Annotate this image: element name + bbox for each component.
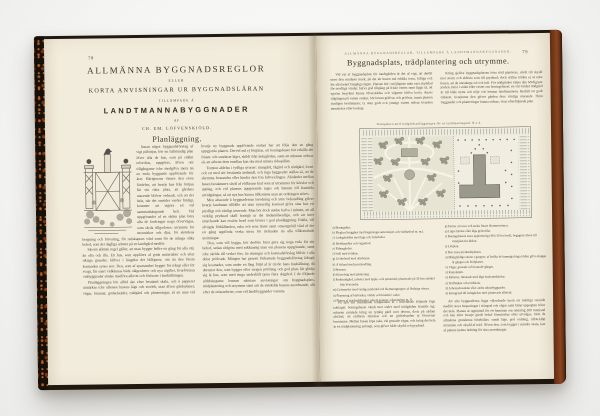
chapter-title-block: ALLMÄNNA BYGGNADSREGLOR ELLER KORTA ANVI…: [44, 63, 309, 145]
plan-legend: a) Boningshus. b) Flyglar (brygghus med …: [332, 223, 549, 304]
legend-item: r) Boningshusets stora uppfartsväg (48 à…: [445, 233, 549, 244]
page-number-right: 79: [522, 49, 528, 54]
left-page-body-columns: Innan något byggnadsföretag af vigt påbö…: [81, 143, 315, 348]
book-subtitle: KORTA ANVISNINGAR UR BYGGNADSLÄRAN: [44, 85, 308, 95]
legend-item: u) Mångfaldiga växter i grupper, af hvil…: [445, 254, 549, 265]
bottom-columns: På den här meddelade tomtplanen är i huf…: [333, 298, 546, 353]
paragraph: Vid val af byggnadsplats för landtgården…: [330, 71, 432, 111]
book: 78 ALLMÄNNA BYGGNADSREGLOR ELLER KORTA A…: [34, 30, 566, 390]
legend-column-right: p) Partier af rosor och andra finare blo…: [445, 223, 549, 302]
paragraph: På den här meddelade tomtplanen är i huf…: [333, 299, 435, 329]
intro-columns: Vid val af byggnadsplats för landtgården…: [330, 70, 543, 122]
left-page: 78 ALLMÄNNA BYGGNADSREGLOR ELLER KORTA A…: [44, 36, 320, 385]
title-af: AF: [45, 117, 309, 124]
title-subline-tillampade: TILLÄMPADE Å: [45, 96, 309, 103]
photo-background: 78 ALLMÄNNA BYGGNADSREGLOR ELLER KORTA A…: [0, 0, 600, 416]
right-page: ALLMÄNNA BYGGNADSREGLOR, TILLÄMPADE Å LA…: [316, 33, 554, 382]
paragraph: Att alla byggnaderna ligga välordnade in…: [443, 298, 545, 333]
title-subline-eller: ELLER: [44, 77, 308, 84]
title-landtmannabyggnader: LANDTMANNABYGGNADER: [45, 103, 309, 115]
legend-item: ä) Körsgränd till ladugården med planter…: [446, 290, 550, 296]
paragraph: Såsom allmän regel gäller, att man bygge…: [82, 247, 194, 281]
author-name: CH. EM. LÖFVENSKIÖLD.: [45, 124, 309, 132]
garden-plan-figure: [359, 126, 532, 220]
page-spread: 78 ALLMÄNNA BYGGNADSREGLOR ELLER KORTA A…: [44, 33, 554, 385]
legend-column-left: a) Boningshus. b) Flyglar (brygghus med …: [332, 224, 436, 303]
chapter-vignette-illustration: [81, 146, 134, 235]
chapter-heading: Byggnadsplats, trädplantering och utrymm…: [316, 56, 540, 68]
paragraph: Tomten afdelas i tydliga qvarter: mangår…: [201, 164, 313, 198]
paragraph: Den, som vill bygga, bör derföre först g…: [202, 240, 315, 295]
paragraph: Kring sjelfva byggnadsplatsen böra träd …: [440, 70, 542, 105]
courtyard: [454, 135, 519, 210]
vignette-ground: [84, 227, 132, 234]
page-number-left: 78: [88, 56, 94, 61]
paragraph: Men afseende å byggnadernas inredning oc…: [202, 197, 315, 241]
book-title: ALLMÄNNA BYGGNADSREGLOR: [44, 63, 308, 76]
running-header: ALLMÄNNA BYGGNADSREGLOR, TILLÄMPADE Å LA…: [316, 49, 540, 56]
